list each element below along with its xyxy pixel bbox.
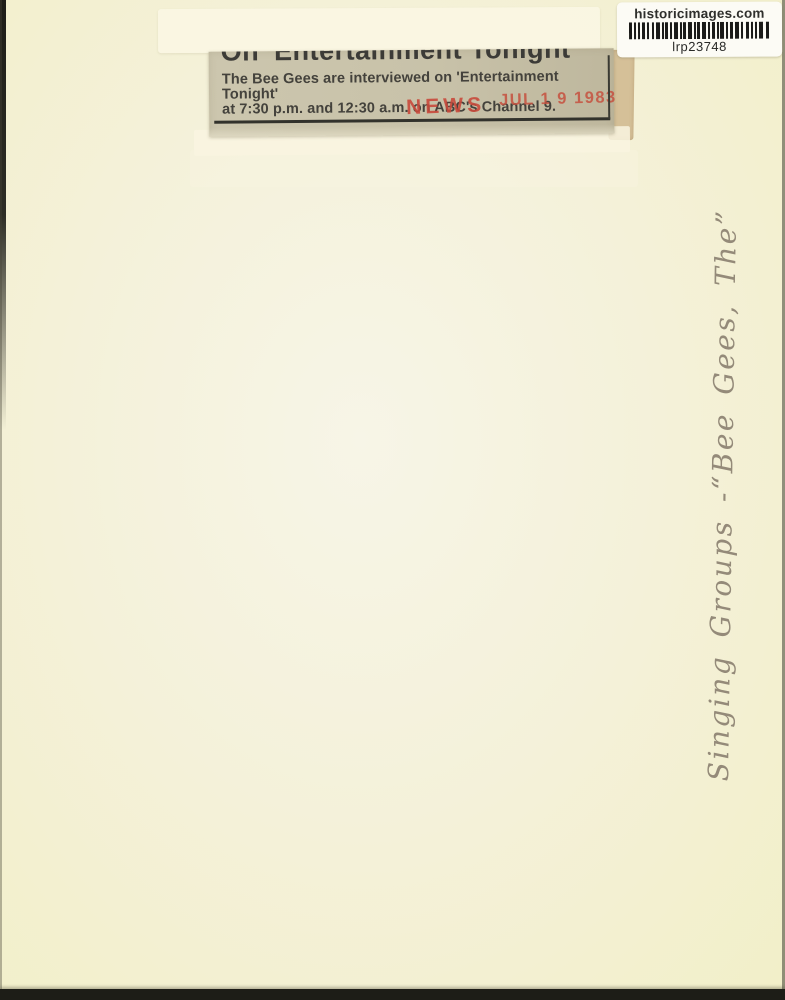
handwritten-annotation-rotated: Singing Groups -“Bee Gees, The”	[702, 219, 782, 782]
tape-strip-top	[158, 7, 600, 53]
clipping-printed-rule-bottom	[214, 117, 610, 123]
clipping-printed-rule-right	[608, 55, 611, 119]
handwritten-annotation-text: Singing Groups -“Bee Gees, The”	[702, 219, 743, 781]
newspaper-clipping: On 'Entertainment Tonight' The Bee Gees …	[209, 48, 615, 137]
barcode-label-code: lrp23748	[617, 39, 782, 55]
scan-edge-bottom-strip	[0, 989, 785, 1000]
scan-edge-left-line	[0, 0, 2, 1000]
clipping-headline: On 'Entertainment Tonight'	[221, 48, 610, 67]
barcode-label-site-text: historicimages.com	[617, 6, 782, 22]
tape-sheen-below	[190, 150, 638, 187]
photo-back-scan: On 'Entertainment Tonight' The Bee Gees …	[0, 0, 785, 1000]
news-stamp: NEWS	[406, 93, 486, 120]
date-stamp: JUL 1 9 1983	[499, 88, 617, 110]
barcode-label: historicimages.com lrp23748	[617, 2, 782, 58]
barcode-icon	[628, 22, 770, 40]
clipping-headline-clipped-region: On 'Entertainment Tonight'	[221, 48, 610, 69]
